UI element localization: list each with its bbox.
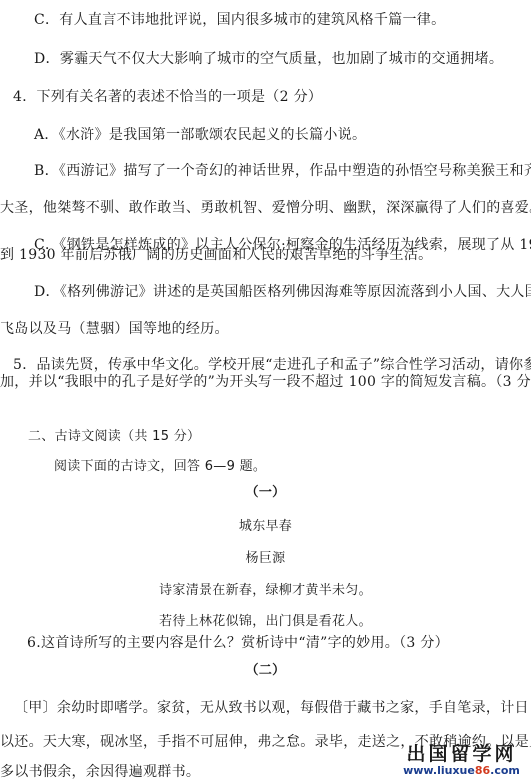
- prose-line-3: 多以书假余，余因得遍观群书。: [0, 763, 200, 781]
- q4-option-c-line2: 到 1930 年前后苏俄广阔的历史画面和人民的艰苦卓绝的斗争生活。: [0, 246, 432, 264]
- q4-option-b-line1: B．《西游记》描写了一个奇幻的神话世界，作品中塑造的孙悟空号称美猴王和齐天: [34, 162, 531, 180]
- watermark-url: www.liuxue86.com: [394, 764, 529, 777]
- q6-question: 6.这首诗所写的主要内容是什么？赏析诗中“清”字的妙用。（3 分）: [27, 634, 449, 652]
- poem-title: 城东早春: [0, 518, 531, 536]
- poem-author: 杨巨源: [0, 550, 531, 568]
- prose-line-1: 〔甲〕余幼时即嗜学。家贫，无从致书以观，每假借于藏书之家，手自笔录，计日: [14, 699, 529, 717]
- q4-option-a: A．《水浒》是我国第一部歌颂农民起义的长篇小说。: [34, 126, 366, 144]
- q4-option-b-line2: 大圣，他桀骜不驯、敢作敢当、勇敢机智、爱憎分明、幽默，深深赢得了人们的喜爱。: [0, 199, 531, 217]
- q3-option-d: D．雾霾天气不仅大大影响了城市的空气质量，也加剧了城市的交通拥堵。: [34, 50, 503, 68]
- watermark-title: 出国留学网: [394, 744, 529, 764]
- section2-heading: 二、古诗文阅读（共 15 分）: [28, 428, 200, 446]
- part1-label: （一）: [0, 484, 531, 502]
- watermark-url-suffix: .com: [490, 764, 520, 777]
- q5-line2: 加，并以“我眼中的孔子是好学的”为开头写一段不超过 100 字的简短发言稿。（3…: [0, 373, 531, 391]
- section2-instruction: 阅读下面的古诗文，回答 6—9 题。: [54, 458, 266, 476]
- q5-line1: 5．品读先贤，传承中华文化。学校开展“走进孔子和孟子”综合性学习活动，请你参: [13, 356, 531, 374]
- watermark-url-accent: 86: [475, 764, 490, 777]
- q4-option-d-line1: D．《格列佛游记》讲述的是英国船医格列佛因海难等原因流落到小人国、大人国、: [34, 283, 531, 301]
- poem-line-2: 若待上林花似锦，出门俱是看花人。: [0, 613, 531, 631]
- site-watermark: 出国留学网 www.liuxue86.com: [394, 744, 529, 777]
- part2-label: （二）: [0, 662, 531, 680]
- q3-option-c: C．有人直言不讳地批评说，国内很多城市的建筑风格千篇一律。: [34, 11, 445, 29]
- q4-stem: 4．下列有关名著的表述不恰当的一项是（2 分）: [13, 88, 322, 106]
- poem-line-1: 诗家清景在新春，绿柳才黄半未匀。: [0, 582, 531, 600]
- q4-option-d-line2: 飞岛以及马（慧骃）国等地的经历。: [0, 320, 229, 338]
- watermark-url-prefix: www.liuxue: [403, 764, 475, 777]
